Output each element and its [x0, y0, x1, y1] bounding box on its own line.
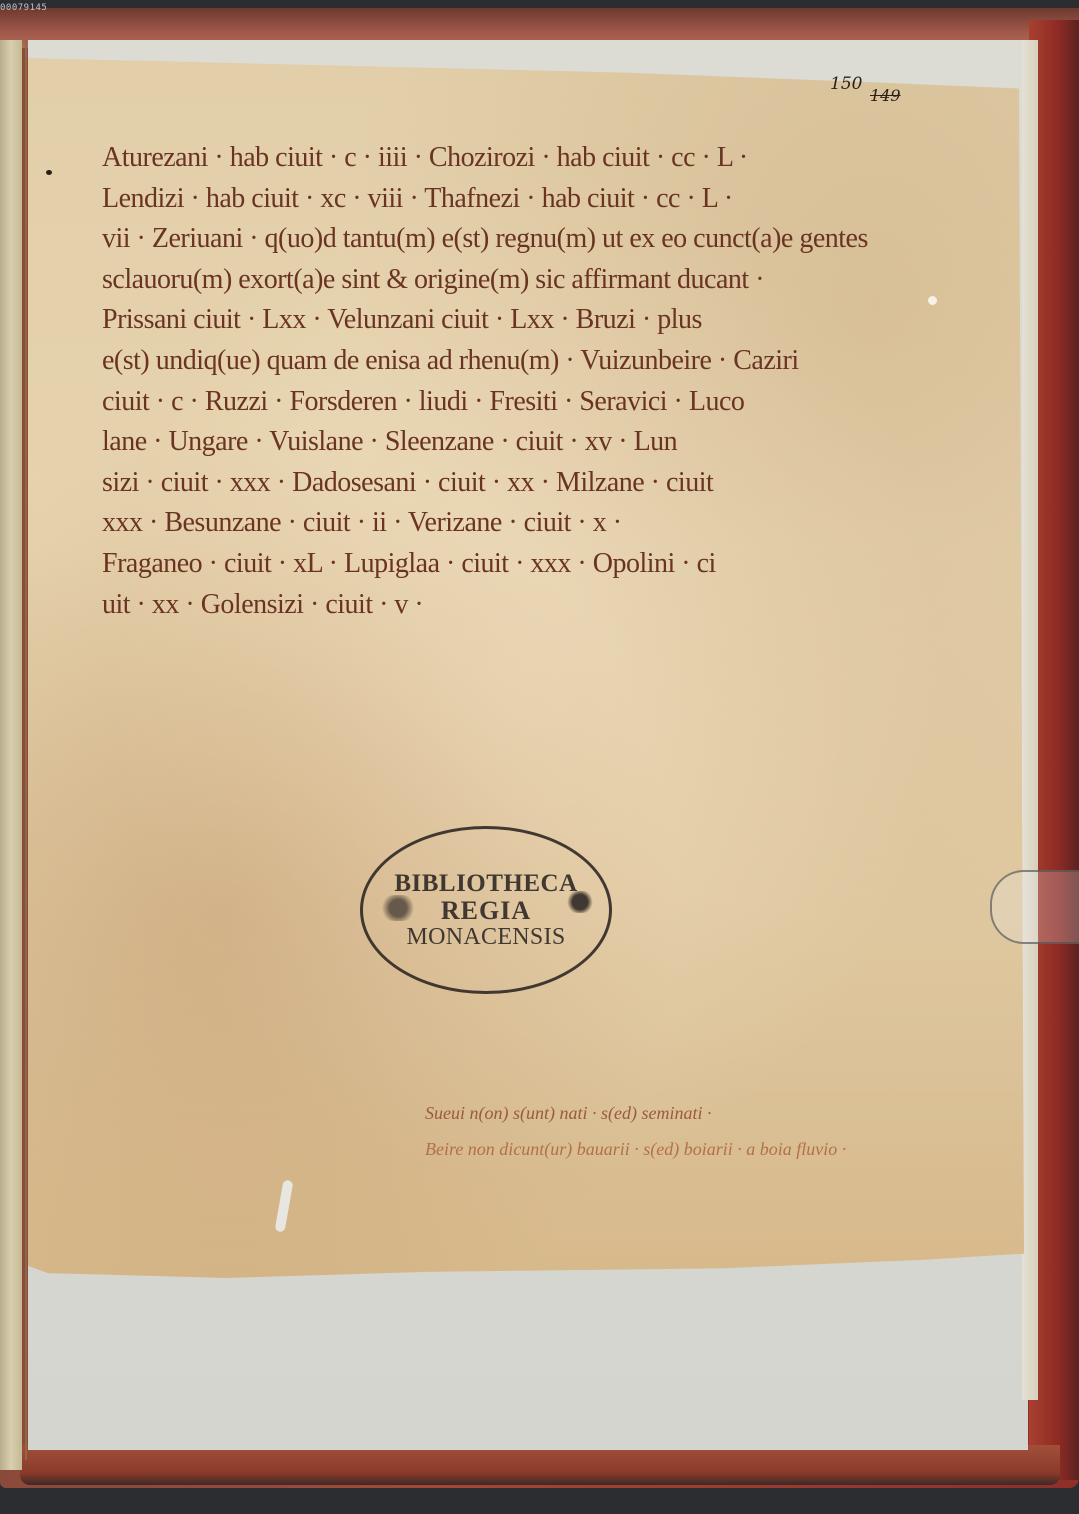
gloss-line: Beire non dicunt(ur) bauarii · s(ed) boi…	[425, 1132, 846, 1168]
manuscript-line: Fraganeo · ciuit · xL · Lupiglaa · ciuit…	[102, 544, 902, 585]
manuscript-line: Aturezani · hab ciuit · c · iiii · Chozi…	[102, 138, 902, 179]
stamp-ornament-icon	[381, 895, 415, 921]
manuscript-line: sclauoru(m) exort(a)e sint & origine(m) …	[102, 260, 902, 301]
ink-dot	[46, 170, 52, 175]
stamp-line: MONACENSIS	[406, 925, 565, 951]
gloss-line: Sueui n(on) s(unt) nati · s(ed) seminati…	[425, 1096, 846, 1132]
manuscript-line: uit · xx · Golensizi · ciuit · v ·	[102, 585, 902, 626]
backing-paper-edge	[1022, 40, 1038, 1400]
manuscript-line: lane · Ungare · Vuislane · Sleenzane · c…	[102, 422, 902, 463]
facing-page-edge	[0, 40, 22, 1470]
scan-id-label: 00079145	[0, 3, 47, 13]
manuscript-line: xxx · Besunzane · ciuit · ii · Verizane …	[102, 503, 902, 544]
binding-bottom-edge	[20, 1445, 1060, 1485]
folio-number: 150	[830, 74, 862, 94]
stamp-line: REGIA	[441, 897, 531, 925]
gutter-line	[25, 40, 27, 1460]
page-clip	[990, 870, 1079, 944]
parchment-hole	[928, 296, 937, 305]
manuscript-line: Prissani ciuit · Lxx · Velunzani ciuit ·…	[102, 300, 902, 341]
manuscript-line: vii · Zeriuani · q(uo)d tantu(m) e(st) r…	[102, 219, 902, 260]
manuscript-line: Lendizi · hab ciuit · xc · viii · Thafne…	[102, 179, 902, 220]
manuscript-line: sizi · ciuit · xxx · Dadosesani · ciuit …	[102, 463, 902, 504]
folio-number-crossed-out: 149	[870, 86, 901, 105]
marginal-gloss: Sueui n(on) s(unt) nati · s(ed) seminati…	[425, 1096, 846, 1168]
library-stamp: BIBLIOTHECA REGIA MONACENSIS	[360, 826, 612, 994]
manuscript-text: Aturezani · hab ciuit · c · iiii · Chozi…	[102, 138, 902, 625]
stamp-line: BIBLIOTHECA	[394, 870, 577, 897]
stamp-ornament-icon	[567, 891, 593, 913]
manuscript-line: ciuit · c · Ruzzi · Forsderen · liudi · …	[102, 382, 902, 423]
manuscript-line: e(st) undiq(ue) quam de enisa ad rhenu(m…	[102, 341, 902, 382]
